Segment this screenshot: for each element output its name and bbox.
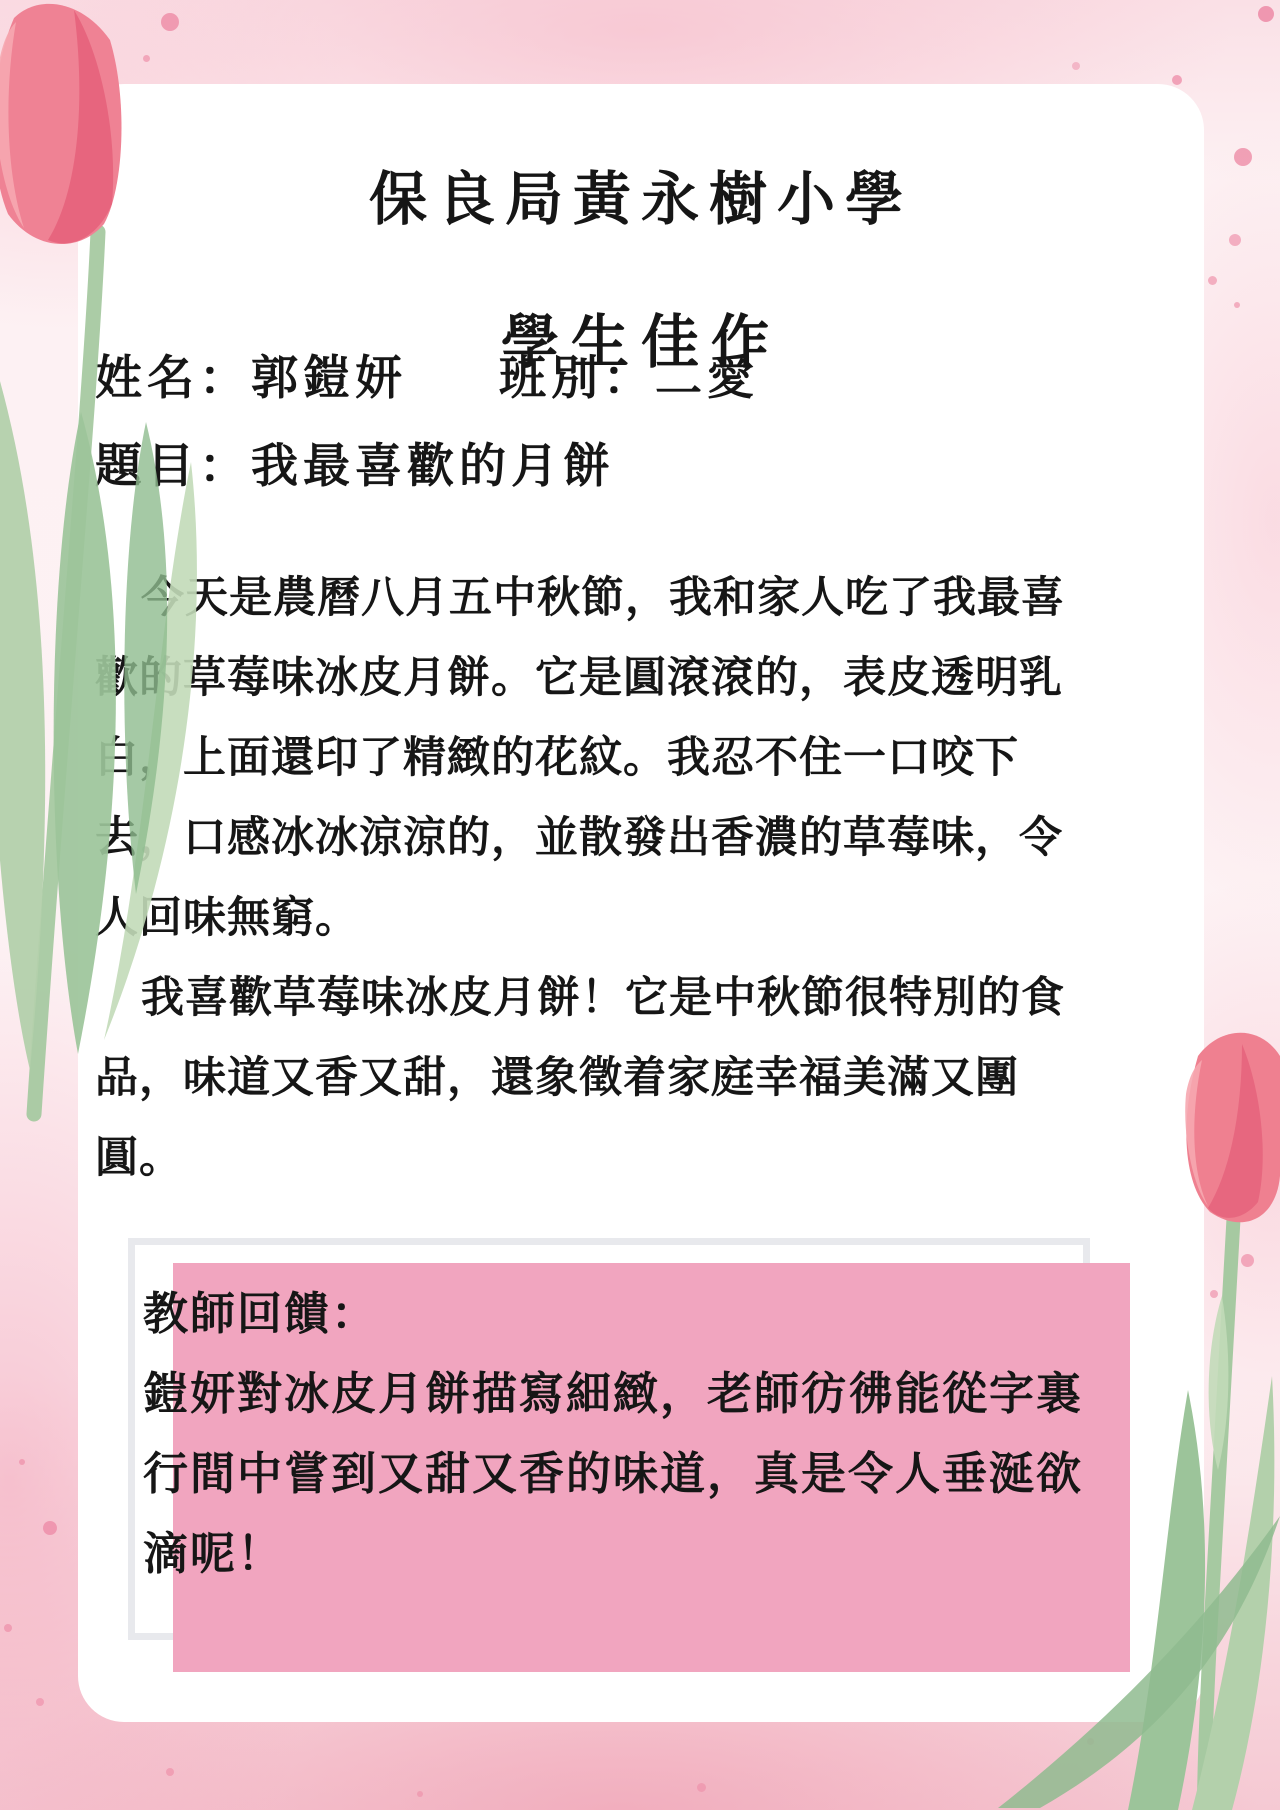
essay-line: 今天是農曆八月五中秋節，我和家人吃了我最喜 [95, 558, 1095, 638]
paint-splatter-dot [1234, 302, 1240, 308]
worksheet-card: 保良局黃永樹小學 學生佳作 姓名：郭鎧妍班別：二愛 題目：我最喜歡的月餅 今天是… [78, 84, 1204, 1722]
paint-splatter-dot [161, 13, 179, 31]
paint-splatter-dot [697, 1783, 706, 1792]
class-value: 二愛 [655, 350, 759, 406]
paint-splatter-dot [143, 55, 150, 62]
paint-splatter-dot [1172, 75, 1182, 85]
essay-line: 去，口感冰冰涼涼的，並散發出香濃的草莓味，令 [95, 798, 1095, 878]
essay-line: 圓。 [95, 1118, 1095, 1198]
topic-value: 我最喜歡的月餅 [251, 438, 615, 494]
class-label: 班別： [499, 350, 655, 406]
name-label: 姓名： [95, 350, 251, 406]
essay-line: 歡的草莓味冰皮月餅。它是圓滾滾的，表皮透明乳 [95, 638, 1095, 718]
paint-splatter-dot [417, 1791, 423, 1797]
topic-label: 題目： [95, 438, 251, 494]
paint-splatter-dot [1241, 1254, 1254, 1267]
essay-line: 我喜歡草莓味冰皮月餅！它是中秋節很特別的食 [95, 958, 1095, 1038]
essay-topic-row: 題目：我最喜歡的月餅 [95, 438, 615, 494]
paint-splatter-dot [43, 1521, 57, 1535]
paint-splatter-dot [4, 1624, 12, 1632]
paint-splatter-dot [1258, 6, 1274, 22]
paint-splatter-dot [1229, 234, 1241, 246]
essay-line: 白，上面還印了精緻的花紋。我忍不住一口咬下 [95, 718, 1095, 798]
essay-line: 品，味道又香又甜，還象徵着家庭幸福美滿又團 [95, 1038, 1095, 1118]
paint-splatter-dot [166, 1768, 174, 1776]
school-name-title: 保良局黃永樹小學 [78, 161, 1204, 239]
student-name-row: 姓名：郭鎧妍班別：二愛 [95, 350, 759, 406]
paint-splatter-dot [19, 1459, 25, 1465]
paint-splatter-dot [1220, 1070, 1232, 1082]
paint-splatter-dot [1072, 62, 1080, 70]
teacher-feedback: 教師回饋： 鎧妍對冰皮月餅描寫細緻，老師彷彿能從字裏 行間中嘗到又甜又香的味道，… [143, 1274, 1133, 1594]
paint-splatter-dot [1208, 276, 1217, 285]
page: 保良局黃永樹小學 學生佳作 姓名：郭鎧妍班別：二愛 題目：我最喜歡的月餅 今天是… [0, 0, 1280, 1810]
paint-splatter-dot [1210, 1290, 1218, 1298]
feedback-line: 滴呢！ [143, 1514, 1133, 1594]
name-value: 郭鎧妍 [251, 350, 407, 406]
feedback-line: 鎧妍對冰皮月餅描寫細緻，老師彷彿能從字裏 [143, 1354, 1133, 1434]
essay-body: 今天是農曆八月五中秋節，我和家人吃了我最喜 歡的草莓味冰皮月餅。它是圓滾滾的，表… [95, 558, 1095, 1198]
essay-line: 人回味無窮。 [95, 878, 1095, 958]
paint-splatter-dot [1234, 148, 1252, 166]
paint-splatter-dot [36, 1698, 44, 1706]
feedback-heading: 教師回饋： [143, 1274, 1133, 1354]
paint-splatter-dot [1087, 1738, 1094, 1745]
feedback-line: 行間中嘗到又甜又香的味道，真是令人垂涎欲 [143, 1434, 1133, 1514]
